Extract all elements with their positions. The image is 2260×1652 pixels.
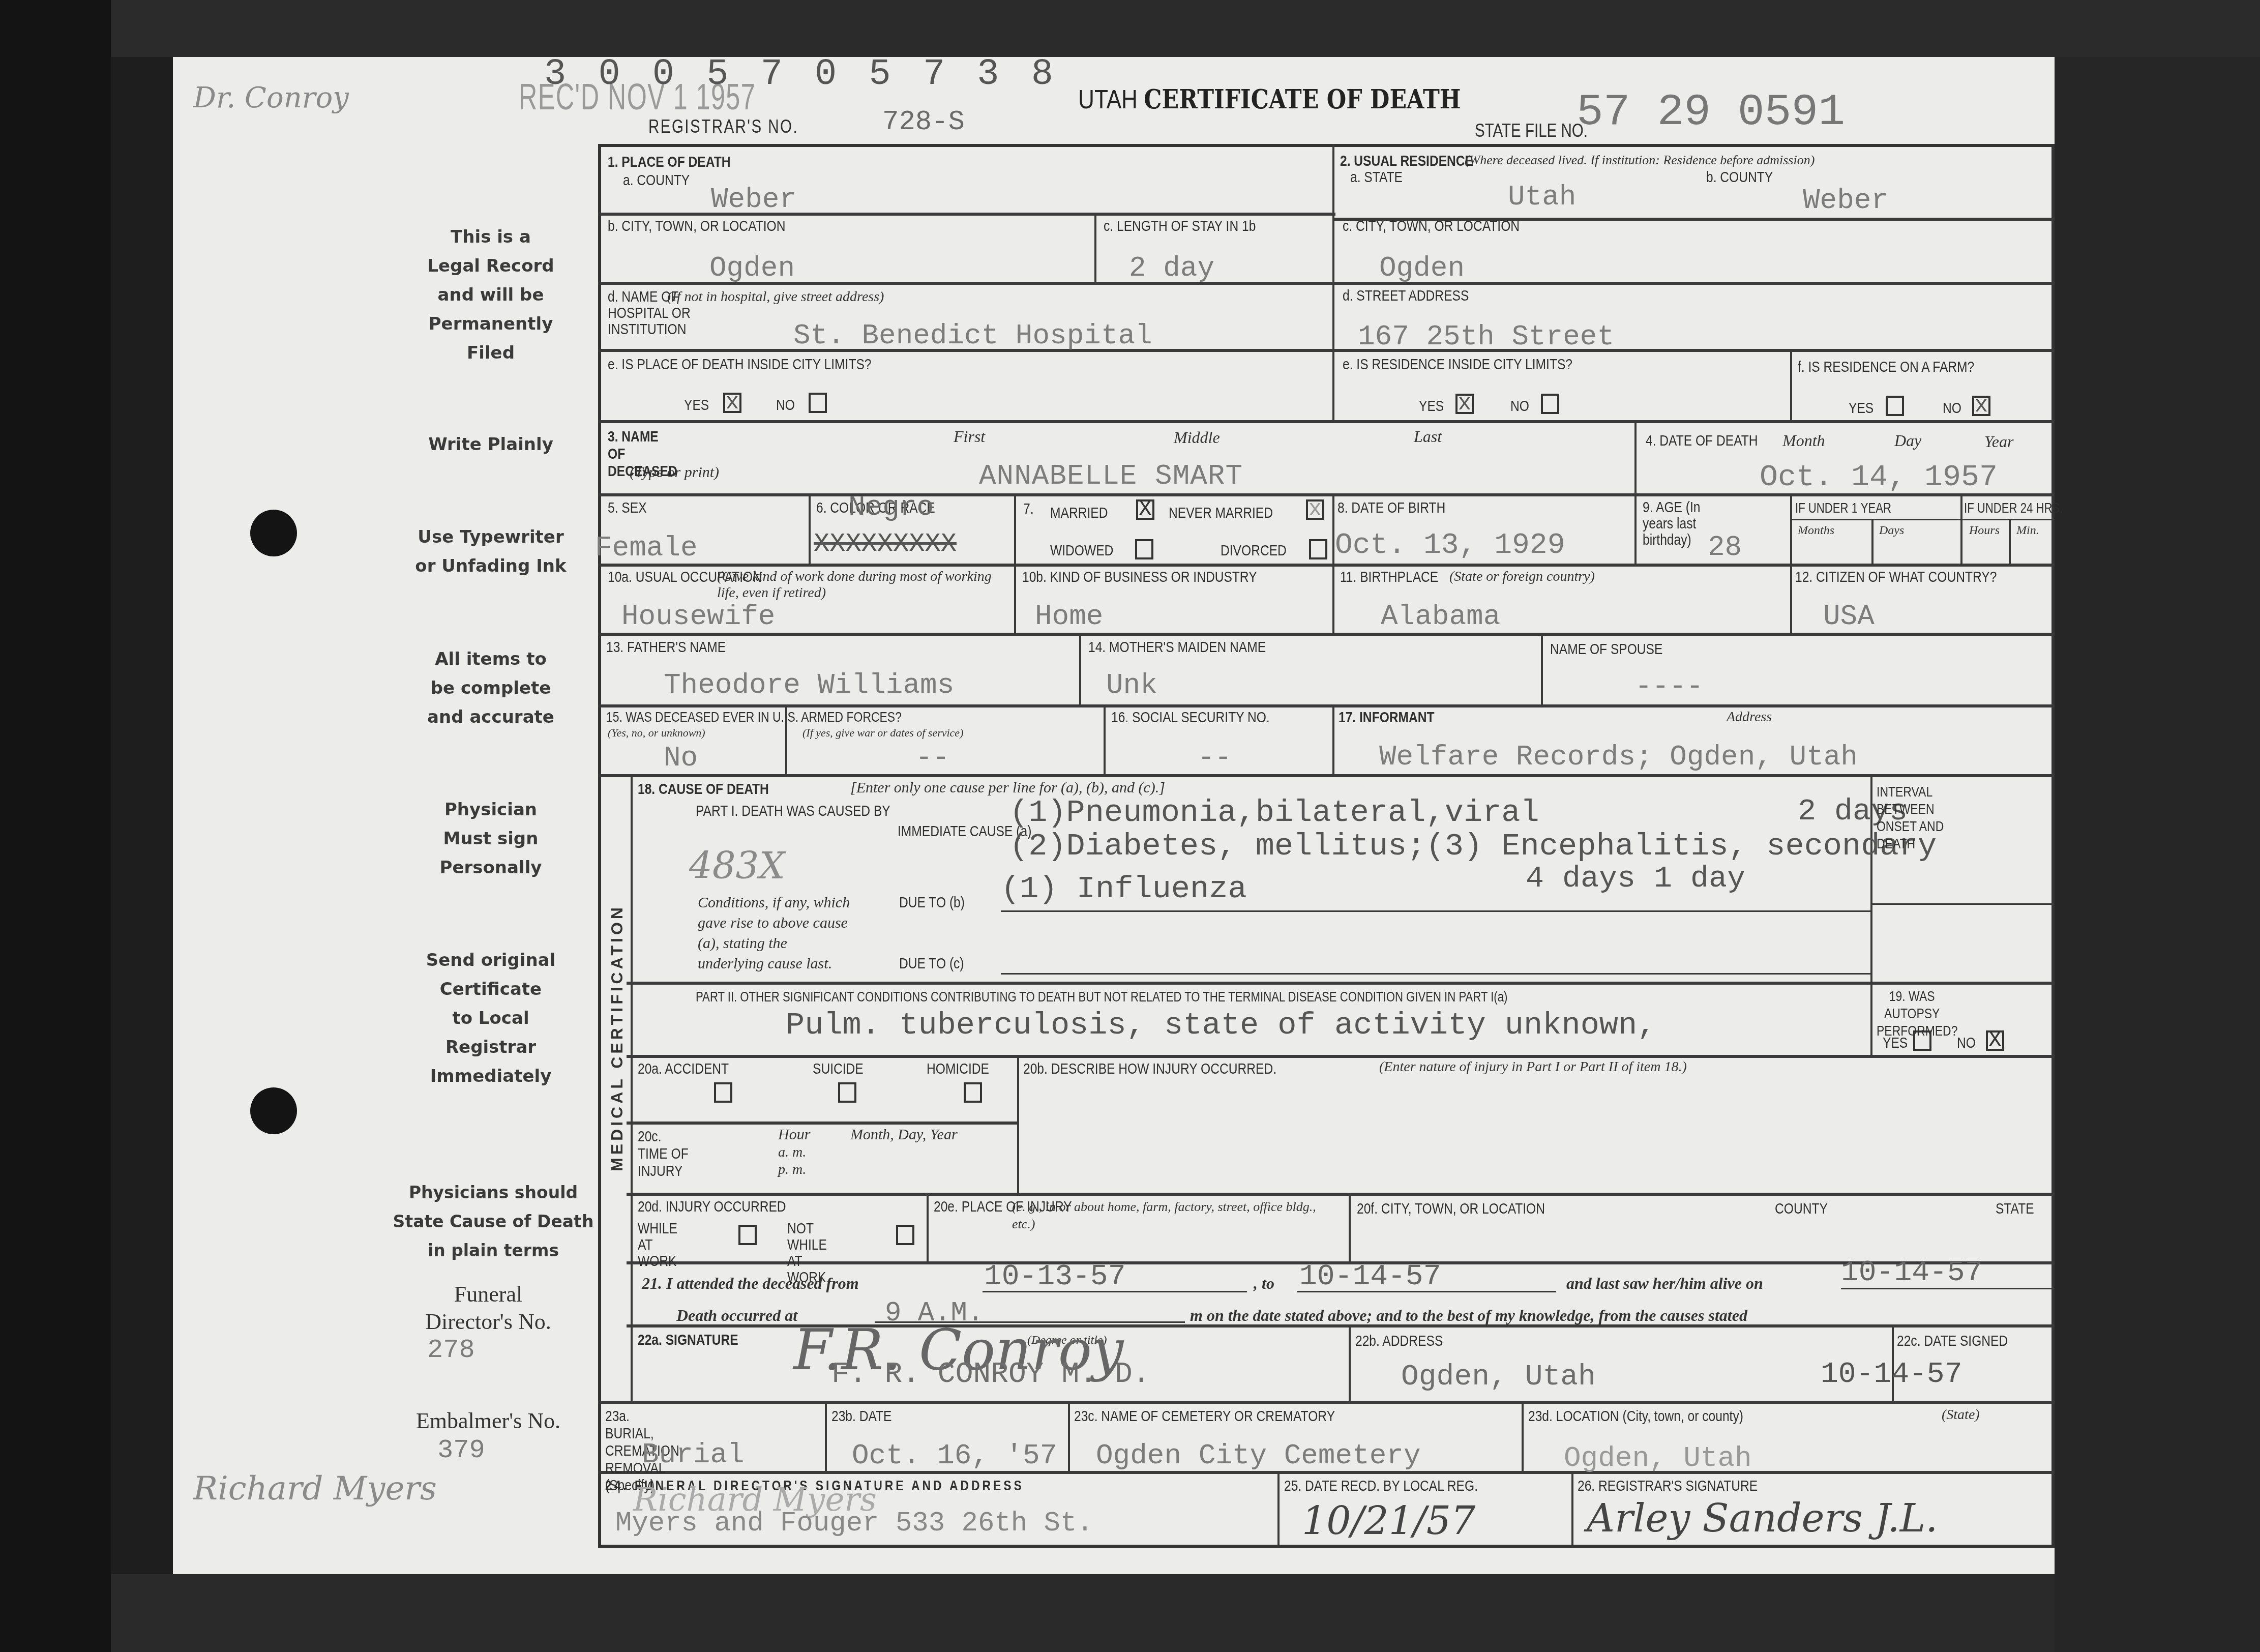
homicide-checkbox[interactable]	[964, 1082, 982, 1103]
mdy-label: Month, Day, Year	[850, 1126, 958, 1143]
city-value[interactable]: Ogden	[709, 252, 795, 284]
res-city-label: c. CITY, TOWN, OR LOCATION	[1343, 218, 1520, 235]
never-married-checkbox[interactable]: x	[1306, 499, 1324, 520]
county-value[interactable]: Weber	[711, 183, 796, 216]
rule	[1332, 493, 1334, 634]
rule	[2009, 520, 2011, 564]
last-saw-value[interactable]: 10-14-57	[1841, 1256, 1982, 1289]
married-checkbox[interactable]: X	[1136, 499, 1154, 520]
cause-line-b[interactable]: (1) Influenza	[1001, 871, 1247, 907]
while-at-work-label: WHILE AT WORK	[638, 1221, 683, 1270]
yes-label: YES	[1883, 1035, 1908, 1052]
rule	[1790, 493, 1792, 634]
cause-hint: [Enter only one cause per line for (a), …	[850, 779, 1165, 796]
deceased-name-value[interactable]: ANNABELLE SMART	[979, 460, 1243, 492]
punch-hole-icon	[250, 1087, 297, 1134]
rule	[1104, 704, 1106, 774]
rule	[1094, 213, 1096, 282]
yes-label: YES	[1419, 398, 1444, 415]
armed-forces-label: 15. WAS DECEASED EVER IN U. S. ARMED FOR…	[606, 709, 902, 725]
industry-label: 10b. KIND OF BUSINESS OR INDUSTRY	[1022, 569, 1257, 586]
death-occurred-tail: m on the date stated above; and to the b…	[1190, 1306, 1747, 1325]
armed-value[interactable]: No	[664, 742, 698, 774]
sidebar-note-typewriter: Use Typewriter or Unfading Ink	[394, 523, 587, 581]
date-of-death-value[interactable]: Oct. 14, 1957	[1760, 460, 1998, 495]
rule	[1634, 493, 1637, 564]
state-value[interactable]: Utah	[1508, 181, 1576, 213]
ssn-value[interactable]: --	[1198, 742, 1232, 774]
sex-label: 5. SEX	[608, 499, 647, 517]
cause-intervals[interactable]: 4 days 1 day	[1526, 862, 1745, 896]
describe-injury-label: 20b. DESCRIBE HOW INJURY OCCURRED.	[1023, 1060, 1276, 1078]
informant-value[interactable]: Welfare Records; Ogden, Utah	[1379, 741, 1858, 773]
death-occurred-label: Death occurred at	[676, 1306, 797, 1325]
widowed-checkbox[interactable]	[1135, 539, 1153, 559]
address-value[interactable]: Ogden, Utah	[1401, 1361, 1596, 1394]
farm-yes-checkbox[interactable]	[1886, 396, 1904, 416]
autopsy-yes-checkbox[interactable]	[1913, 1030, 1931, 1051]
rule	[1541, 633, 1543, 704]
am-label: a. m.	[778, 1144, 806, 1161]
registrar-signature-label: 26. REGISTRAR'S SIGNATURE	[1578, 1478, 1758, 1495]
conditions-hint: Conditions, if any, which gave rise to a…	[698, 893, 850, 974]
rule	[1634, 420, 1637, 493]
cause-line-a2[interactable]: (2)Diabetes, mellitus;(3) Encephalitis, …	[1009, 828, 1937, 864]
physician-name-value[interactable]: F. R. CONROY M. D.	[831, 1358, 1150, 1391]
race-struck-value: XXXXXXXXX	[814, 529, 957, 559]
cause-code-note: 483X	[689, 844, 785, 887]
embalmer-no: 379	[437, 1435, 485, 1465]
dob-value[interactable]: Oct. 13, 1929	[1335, 529, 1565, 562]
deceased-name-hint: (Type or print)	[630, 464, 719, 481]
res-city-value[interactable]: Ogden	[1379, 252, 1465, 284]
inside-city-yes-checkbox[interactable]: x	[723, 393, 741, 413]
rule	[1332, 144, 1334, 422]
occupation-value[interactable]: Housewife	[621, 600, 775, 633]
min-label: Min.	[2016, 524, 2039, 538]
res-inside-city-label: e. IS RESIDENCE INSIDE CITY LIMITS?	[1343, 356, 1572, 373]
time-of-injury-label: 20c. TIME OF INJURY	[638, 1128, 692, 1180]
date-signed-value[interactable]: 10-14-57	[1821, 1358, 1962, 1391]
registrar-label: REGISTRAR'S NO.	[648, 116, 798, 137]
attended-label: 21. I attended the deceased from	[642, 1274, 859, 1293]
rule	[1790, 519, 2055, 520]
attended-to-value[interactable]: 10-14-57	[1299, 1260, 1441, 1293]
rule	[627, 1122, 1018, 1125]
inside-city-label: e. IS PLACE OF DEATH INSIDE CITY LIMITS?	[608, 356, 872, 373]
married-label: MARRIED	[1050, 505, 1108, 522]
rule	[627, 1055, 2055, 1058]
scan-border-top	[111, 0, 2260, 57]
no-label: NO	[776, 397, 795, 414]
rule	[927, 1193, 929, 1261]
location-value[interactable]: Ogden, Utah	[1564, 1442, 1752, 1474]
date-of-death-label: 4. DATE OF DEATH	[1646, 432, 1758, 450]
last-saw-label: and last saw her/him alive on	[1566, 1274, 1763, 1293]
cemetery-label: 23c. NAME OF CEMETERY OR CREMATORY	[1074, 1408, 1335, 1425]
no-label: NO	[1943, 400, 1961, 417]
informant-label: 17. INFORMANT	[1339, 709, 1435, 726]
suicide-checkbox[interactable]	[838, 1082, 856, 1103]
industry-value[interactable]: Home	[1035, 600, 1103, 633]
embalmer-label: Embalmer's No.	[366, 1408, 610, 1434]
no-label: NO	[1510, 398, 1529, 415]
yes-label: YES	[1849, 400, 1874, 417]
street-value[interactable]: 167 25th Street	[1358, 320, 1614, 353]
spouse-value[interactable]: ----	[1635, 670, 1703, 703]
to-label: , to	[1254, 1274, 1274, 1293]
rule	[1277, 1471, 1280, 1547]
sidebar-note-legal: This is a Legal Record and will be Perma…	[394, 223, 587, 368]
race-value[interactable]: Negro	[848, 491, 934, 523]
rule	[1332, 704, 1334, 774]
state-label: a. STATE	[1350, 169, 1403, 186]
age-value[interactable]: 28	[1708, 531, 1742, 564]
stay-label: c. LENGTH OF STAY IN 1b	[1104, 218, 1256, 235]
res-inside-city-yes-checkbox[interactable]: x	[1455, 394, 1474, 414]
no-label: NO	[1957, 1035, 1976, 1052]
farm-label: f. IS RESIDENCE ON A FARM?	[1798, 359, 1974, 376]
rule	[1841, 1288, 2055, 1289]
never-married-label: NEVER MARRIED	[1169, 505, 1273, 522]
injury-state-label: STATE	[1996, 1200, 2034, 1218]
hour-label: Hour	[778, 1126, 810, 1143]
accident-checkbox[interactable]	[714, 1082, 732, 1103]
birthplace-value[interactable]: Alabama	[1381, 600, 1500, 633]
rule	[1571, 1471, 1573, 1547]
rule	[1001, 973, 1870, 975]
widowed-label: WIDOWED	[1050, 542, 1113, 559]
funeral-director-label: Funeral Director's No.	[366, 1281, 610, 1336]
date-recd-label: 25. DATE RECD. BY LOCAL REG.	[1284, 1478, 1478, 1495]
hours-label: Hours	[1969, 524, 2000, 538]
rule	[983, 1291, 1247, 1292]
rule	[1349, 1324, 1351, 1401]
location-state-label: (State)	[1942, 1407, 1980, 1423]
marital-label: 7.	[1023, 500, 1034, 518]
rule	[1001, 910, 1870, 912]
injury-county-label: COUNTY	[1775, 1200, 1828, 1218]
rule	[598, 774, 2055, 777]
dob-label: 8. DATE OF BIRTH	[1337, 499, 1445, 517]
sidebar-note-physician: Physician Must sign Personally	[394, 795, 587, 882]
ssn-label: 16. SOCIAL SECURITY NO.	[1111, 709, 1270, 726]
part1-label: PART I. DEATH WAS CAUSED BY	[696, 803, 890, 820]
rule	[1297, 1291, 1556, 1292]
months-label: Months	[1798, 524, 1834, 538]
sex-value[interactable]: Female	[595, 532, 698, 564]
year-label: Year	[1984, 432, 2014, 451]
rule	[627, 982, 2055, 985]
burial-date-value[interactable]: Oct. 16, '57	[852, 1439, 1057, 1472]
spouse-label: NAME OF SPOUSE	[1550, 641, 1662, 658]
usual-residence-hint: (Where deceased lived. If institution: R…	[1465, 153, 1815, 168]
under-1-year-label: IF UNDER 1 YEAR	[1795, 500, 1891, 516]
rule	[1068, 1401, 1070, 1471]
rule	[1014, 493, 1016, 634]
rule	[598, 564, 2055, 567]
res-inside-city-no-checkbox[interactable]	[1541, 394, 1559, 414]
res-county-label: b. COUNTY	[1706, 169, 1773, 186]
city-label: b. CITY, TOWN, OR LOCATION	[608, 218, 785, 235]
county-label: a. COUNTY	[623, 172, 690, 189]
sidebar-note-send: Send original Certificate to Local Regis…	[394, 946, 587, 1091]
punch-hole-icon	[250, 510, 297, 556]
scan-border-bottom	[111, 1574, 2055, 1652]
stay-value[interactable]: 2 day	[1129, 252, 1214, 284]
signature-label: 22a. SIGNATURE	[638, 1332, 738, 1349]
rule	[598, 1401, 2055, 1404]
mother-label: 14. MOTHER'S MAIDEN NAME	[1088, 639, 1266, 656]
rule	[1790, 349, 1792, 422]
street-label: d. STREET ADDRESS	[1343, 287, 1469, 305]
state-file-no: 57 29 0591	[1577, 87, 1845, 138]
embalmer-signature: Richard Myers	[193, 1470, 437, 1508]
divorced-checkbox[interactable]	[1309, 539, 1327, 559]
father-value[interactable]: Theodore Williams	[664, 669, 954, 701]
farm-no-checkbox[interactable]: x	[1972, 396, 1990, 416]
address-label: 22b. ADDRESS	[1355, 1333, 1443, 1350]
scan-border-right	[2055, 57, 2260, 1652]
armed-service-value[interactable]: --	[915, 742, 949, 774]
rule	[1079, 633, 1081, 704]
describe-injury-hint: (Enter nature of injury in Part I or Par…	[1379, 1059, 1687, 1075]
mother-value[interactable]: Unk	[1106, 669, 1157, 701]
attended-from-value[interactable]: 10-13-57	[984, 1260, 1125, 1293]
not-while-at-work-checkbox[interactable]	[896, 1225, 914, 1245]
serial-stamp: 3 0 0 5 7 0 5 7 3 8	[544, 53, 1058, 95]
date-signed-label: 22c. DATE SIGNED	[1897, 1333, 2008, 1350]
cemetery-value[interactable]: Ogden City Cemetery	[1096, 1439, 1421, 1472]
rule	[1522, 1401, 1524, 1471]
cause-of-death-label: 18. CAUSE OF DEATH	[638, 781, 769, 798]
father-label: 13. FATHER'S NAME	[606, 639, 726, 656]
usual-residence-label: 2. USUAL RESIDENCE	[1340, 153, 1473, 170]
autopsy-label: 19. WAS AUTOPSY PERFORMED?	[1877, 988, 1947, 1040]
informant-address-label: Address	[1727, 709, 1772, 725]
scan-border-left	[0, 0, 111, 1652]
burial-date-label: 23b. DATE	[831, 1408, 892, 1425]
place-of-injury-hint: (e. g., in or about home, farm, factory,…	[1012, 1198, 1327, 1233]
citizen-label: 12. CITIZEN OF WHAT COUNTRY?	[1795, 569, 1997, 586]
rule	[598, 704, 2055, 707]
first-label: First	[954, 427, 985, 446]
disposition-value[interactable]: Burial	[642, 1438, 745, 1471]
age-label: 9. AGE (In years last birthday)	[1643, 499, 1718, 548]
date-recd-value[interactable]: 10/21/57	[1302, 1498, 1475, 1543]
part2-value[interactable]: Pulm. tuberculosis, state of activity un…	[786, 1007, 1656, 1043]
medical-certification-label: MEDICAL CERTIFICATION	[599, 778, 635, 1297]
due-to-c-label: DUE TO (c)	[899, 955, 964, 972]
part2-label: PART II. OTHER SIGNIFICANT CONDITIONS CO…	[696, 989, 1507, 1005]
rule	[598, 633, 2055, 636]
rule	[598, 420, 2055, 423]
rule	[1871, 903, 2055, 905]
hospital-value[interactable]: St. Benedict Hospital	[793, 319, 1152, 352]
hospital-hint: (If not in hospital, give street address…	[667, 289, 884, 305]
suicide-label: SUICIDE	[813, 1060, 864, 1078]
funeral-director-no: 278	[427, 1335, 475, 1365]
registrar-no: 728-S	[882, 107, 965, 138]
res-county-value[interactable]: Weber	[1803, 184, 1888, 217]
homicide-label: HOMICIDE	[927, 1060, 989, 1078]
inside-city-no-checkbox[interactable]	[809, 393, 827, 413]
sidebar-note-cause: Physicians should State Cause of Death i…	[386, 1178, 600, 1265]
due-to-b-label: DUE TO (b)	[899, 894, 965, 911]
funeral-director-address[interactable]: Myers and Fouger 533 26th St.	[615, 1508, 1093, 1539]
rule	[598, 282, 2055, 285]
registrar-signature: Arley Sanders J.L.	[1587, 1495, 1938, 1541]
accident-label: 20a. ACCIDENT	[638, 1060, 729, 1078]
location-label: 23d. LOCATION (City, town, or county)	[1528, 1408, 1743, 1425]
state-file-label: STATE FILE NO.	[1475, 120, 1588, 141]
sidebar-note-write: Write Plainly	[394, 430, 587, 459]
citizen-value[interactable]: USA	[1823, 600, 1875, 633]
injury-city-label: 20f. CITY, TOWN, OR LOCATION	[1357, 1200, 1545, 1218]
page-title: UTAH CERTIFICATE OF DEATH	[1078, 84, 1461, 115]
while-at-work-checkbox[interactable]	[738, 1225, 757, 1245]
rule	[1960, 493, 1962, 564]
last-label: Last	[1414, 427, 1442, 446]
occupation-hint: (Give kind of work done during most of w…	[717, 569, 1012, 601]
armed-hint-2: (If yes, give war or dates of service)	[802, 726, 963, 740]
pm-label: p. m.	[778, 1162, 806, 1178]
cause-line-a1[interactable]: (1)Pneumonia,bilateral,viral	[1009, 794, 1539, 831]
birthplace-hint: (State or foreign country)	[1449, 569, 1595, 585]
armed-hint-1: (Yes, no, or unknown)	[608, 726, 705, 740]
middle-label: Middle	[1174, 428, 1220, 447]
days-label: Days	[1879, 524, 1904, 538]
rule	[627, 1193, 2055, 1196]
rule	[598, 213, 1335, 216]
under-24-label: IF UNDER 24 HRS.	[1964, 500, 2063, 516]
rule	[1349, 1193, 1351, 1261]
place-of-death-label: 1. PLACE OF DEATH	[608, 154, 730, 171]
sidebar-note-complete: All items to be complete and accurate	[394, 645, 587, 732]
autopsy-no-checkbox[interactable]: X	[1986, 1030, 2004, 1051]
month-label: Month	[1782, 431, 1825, 450]
interval-label: INTERVAL BETWEEN ONSET AND DEATH	[1877, 783, 1960, 852]
handwritten-note: Dr. Conroy	[193, 81, 349, 114]
birthplace-label: 11. BIRTHPLACE	[1340, 569, 1438, 586]
rule	[1871, 520, 1874, 564]
divorced-label: DIVORCED	[1221, 542, 1287, 559]
rule	[825, 1401, 827, 1471]
injury-occurred-label: 20d. INJURY OCCURRED	[638, 1198, 786, 1216]
rule	[1017, 1055, 1019, 1193]
day-label: Day	[1894, 431, 1921, 450]
rule	[809, 493, 811, 564]
yes-label: YES	[684, 397, 709, 414]
